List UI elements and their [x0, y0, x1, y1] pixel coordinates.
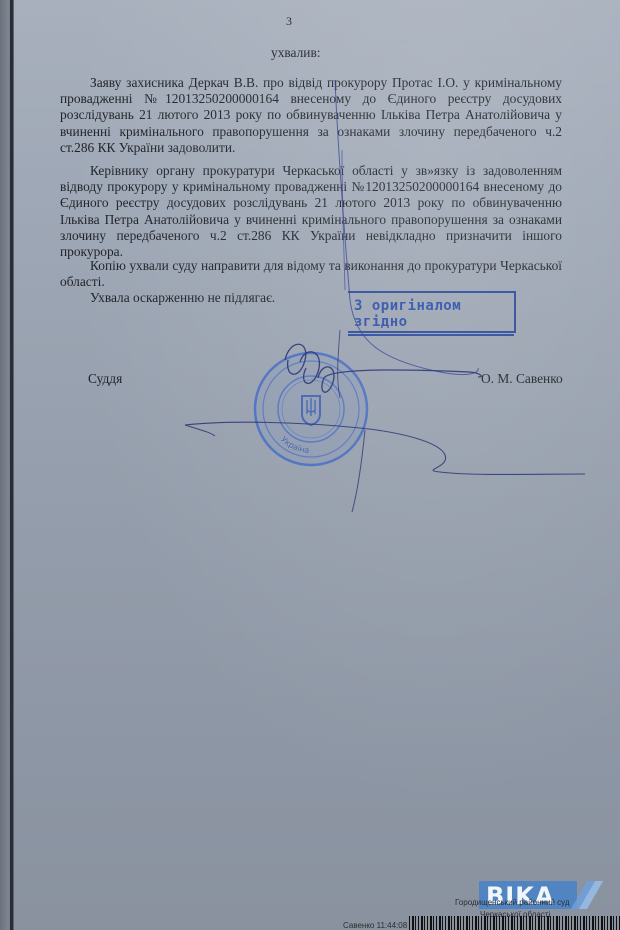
document-page: 3 ухвалив: Заяву захисника Деркач В.В. п…	[0, 0, 620, 930]
footer-court-name: Городищенський районний суд	[455, 898, 570, 907]
barcode	[409, 916, 620, 930]
footer-timestamp: Савенко 11:44:08	[343, 921, 407, 930]
signature-and-pen-marks	[0, 0, 620, 930]
